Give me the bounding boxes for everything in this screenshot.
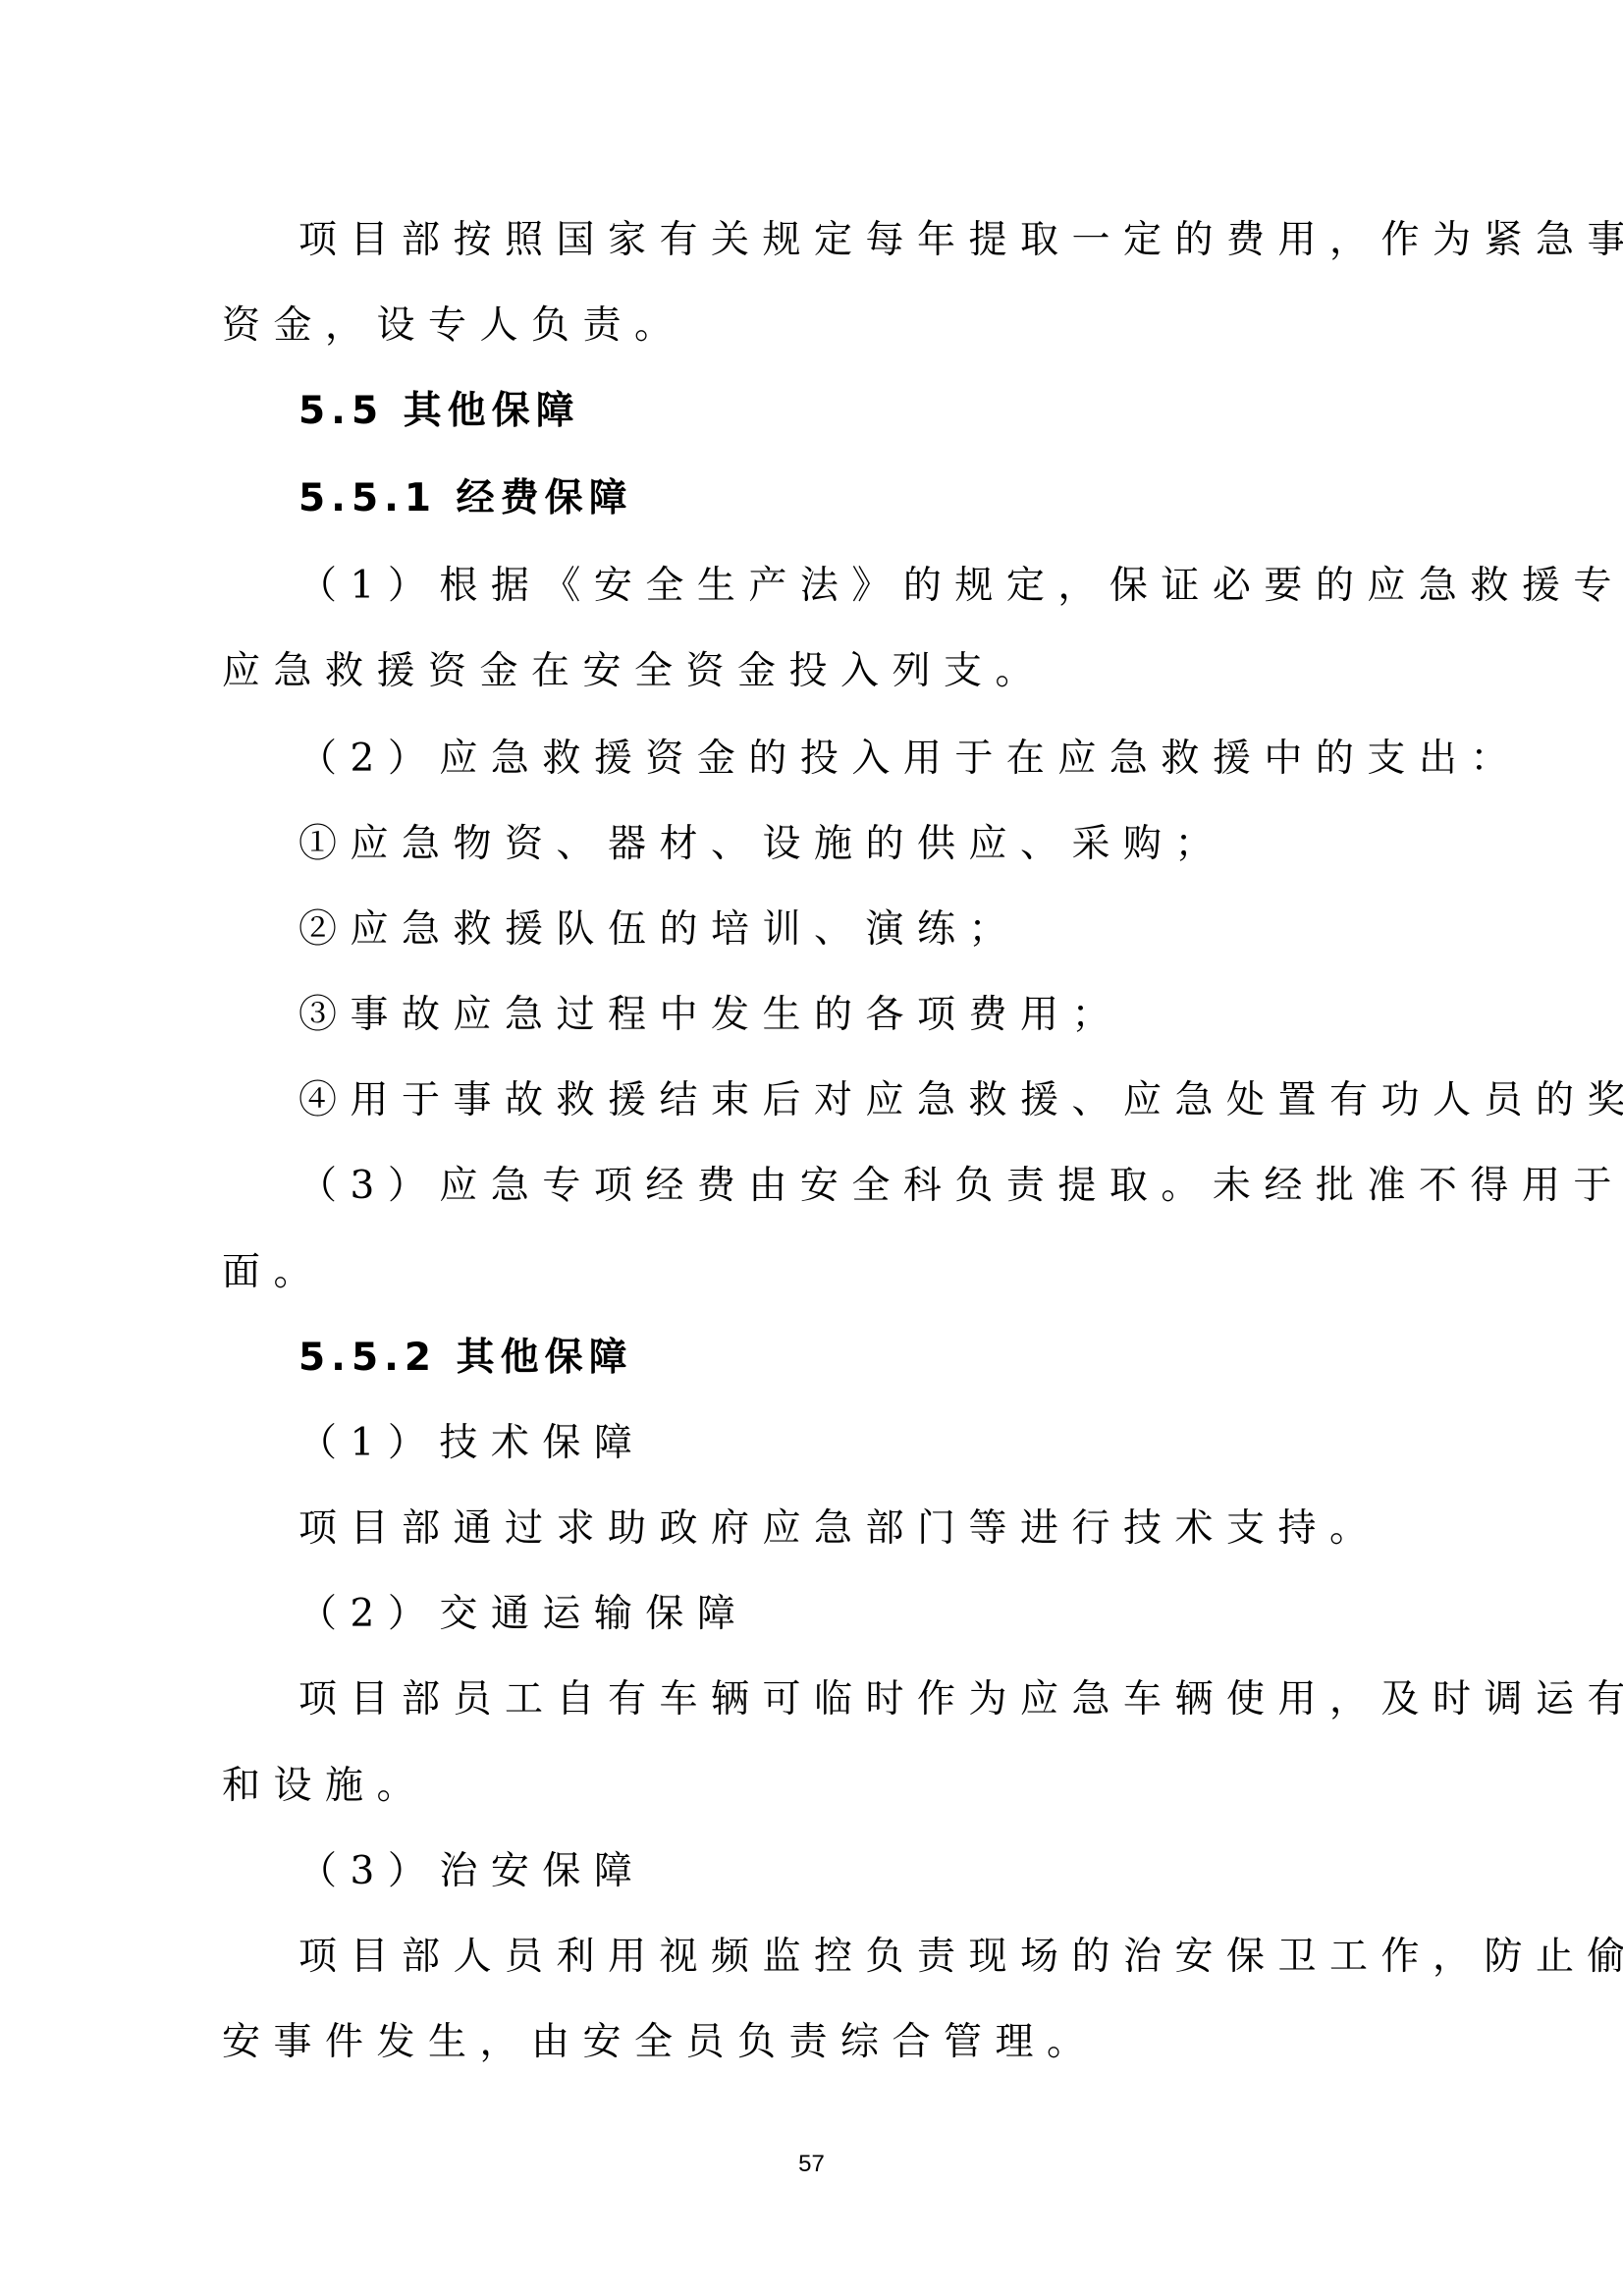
list-item: ④用于事故救援结束后对应急救援、应急处置有功人员的奖励。 (298, 1076, 1623, 1125)
paragraph-line: （2）交通运输保障 (298, 1590, 748, 1639)
paragraph-line: 应急救援资金在安全资金投入列支。 (222, 647, 1047, 696)
paragraph-line: 安事件发生，由安全员负责综合管理。 (222, 2018, 1099, 2067)
subsection-heading: 5.5.2 其他保障 (298, 1334, 633, 1383)
paragraph-line: 和设施。 (222, 1762, 428, 1811)
section-heading: 5.5 其他保障 (298, 387, 580, 436)
list-item: ①应急物资、器材、设施的供应、采购； (298, 820, 1226, 869)
paragraph-line: （1）根据《安全生产法》的规定，保证必要的应急救援专项资金。 (298, 562, 1623, 611)
paragraph-line: （3）治安保障 (298, 1847, 645, 1896)
list-item: ②应急救援队伍的培训、演练； (298, 905, 1020, 955)
paragraph-line: 项目部按照国家有关规定每年提取一定的费用，作为紧急事件专项 (298, 216, 1623, 265)
paragraph-line: 面。 (222, 1248, 325, 1297)
paragraph-line: 项目部员工自有车辆可临时作为应急车辆使用，及时调运有关物资 (298, 1675, 1623, 1724)
list-item: ③事故应急过程中发生的各项费用； (298, 991, 1123, 1040)
paragraph-line: （2）应急救援资金的投入用于在应急救援中的支出： (298, 735, 1522, 784)
page-number: 57 (0, 2151, 1623, 2178)
paragraph-line: （3）应急专项经费由安全科负责提取。未经批准不得用于其它方 (298, 1162, 1623, 1211)
paragraph-line: 项目部通过求助政府应急部门等进行技术支持。 (298, 1504, 1381, 1554)
paragraph-line: 项目部人员利用视频监控负责现场的治安保卫工作，防止偷盗等治 (298, 1933, 1623, 1982)
paragraph-line: 资金，设专人负责。 (222, 301, 686, 351)
subsection-heading: 5.5.1 经费保障 (298, 474, 633, 523)
paragraph-line: （1）技术保障 (298, 1419, 645, 1468)
